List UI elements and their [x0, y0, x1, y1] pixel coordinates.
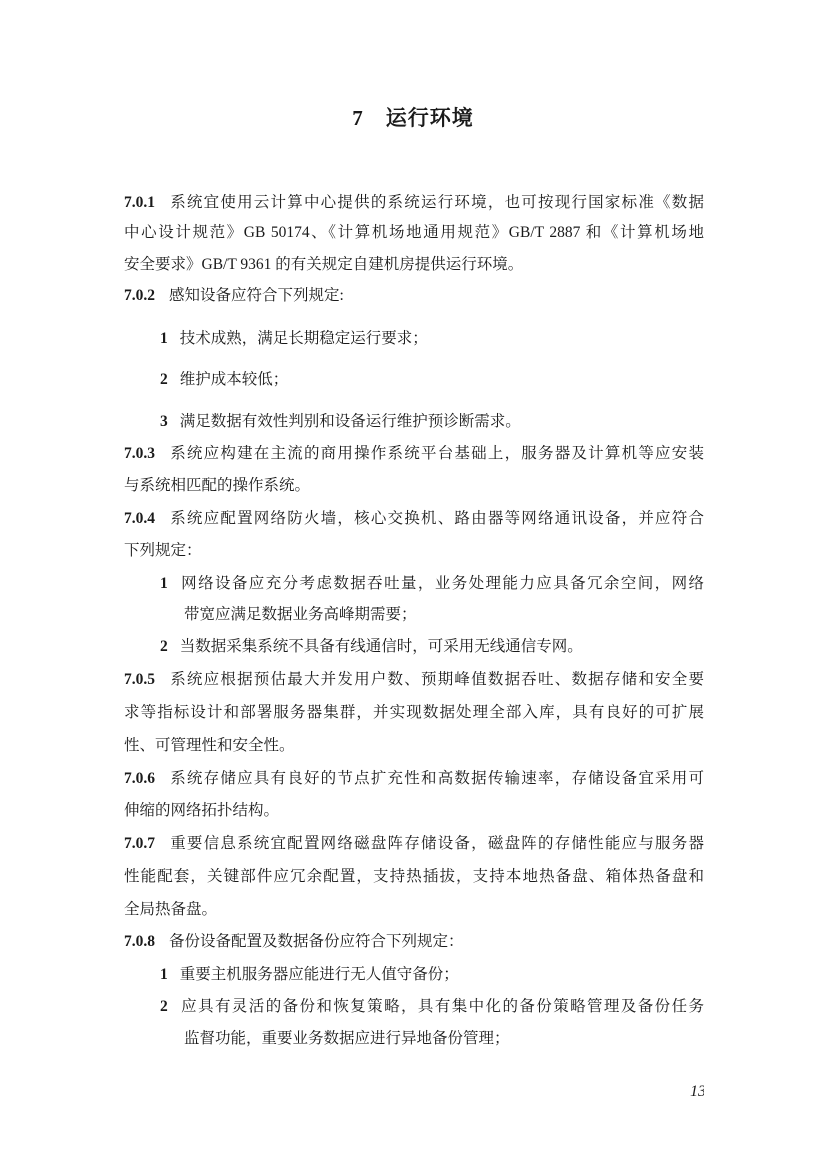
list-item: 2维护成本较低；	[160, 369, 704, 391]
list-item-continuation: 带宽应满足数据业务高峰期需要；	[184, 604, 704, 626]
item-text: 满足数据有效性判别和设备运行维护预诊断需求。	[180, 413, 521, 430]
clause-text-line: 安全要求》GB/T 9361 的有关规定自建机房提供运行环境。	[124, 254, 704, 276]
item-number: 1	[160, 330, 168, 347]
clause-text: 系统应配置网络防火墙，核心交换机、路由器等网络通讯设备，并应符合	[169, 510, 704, 527]
clause-text-line: 性能配套，关键部件应冗余配置，支持热插拔，支持本地热备盘、箱体热备盘和	[124, 866, 704, 888]
clause-number: 7.0.8	[124, 933, 155, 950]
clause-7-0-8: 7.0.8备份设备配置及数据备份应符合下列规定：	[124, 931, 704, 953]
clause-number: 7.0.6	[124, 770, 155, 787]
document-page: 7运行环境 7.0.1系统宜使用云计算中心提供的系统运行环境，也可按现行国家标准…	[0, 0, 826, 1169]
clause-number: 7.0.2	[124, 287, 155, 304]
clause-text-line: 与系统相匹配的操作系统。	[124, 475, 704, 497]
clause-7-0-7: 7.0.7重要信息系统宜配置网络磁盘阵存储设备，磁盘阵的存储性能应与服务器	[124, 833, 704, 855]
clause-7-0-6: 7.0.6系统存储应具有良好的节点扩充性和高数据传输速率，存储设备宜采用可	[124, 768, 704, 790]
list-item: 3满足数据有效性判别和设备运行维护预诊断需求。	[160, 411, 704, 433]
clause-7-0-4: 7.0.4系统应配置网络防火墙，核心交换机、路由器等网络通讯设备，并应符合	[124, 508, 704, 530]
chapter-title-text: 运行环境	[386, 106, 474, 130]
list-item: 1重要主机服务器应能进行无人值守备份；	[160, 964, 704, 986]
list-item: 1技术成熟，满足长期稳定运行要求；	[160, 328, 704, 350]
clause-text: 系统应根据预估最大并发用户数、预期峰值数据吞吐、数据存储和安全要	[169, 671, 704, 688]
clause-number: 7.0.1	[124, 194, 155, 211]
clause-text-line: 求等指标设计和部署服务器集群，并实现数据处理全部入库，具有良好的可扩展	[124, 702, 704, 724]
item-number: 1	[160, 575, 168, 592]
clause-7-0-5: 7.0.5系统应根据预估最大并发用户数、预期峰值数据吞吐、数据存储和安全要	[124, 669, 704, 691]
clause-text-line: 性、可管理性和安全性。	[124, 735, 704, 757]
item-number: 1	[160, 966, 168, 983]
item-number: 2	[160, 998, 168, 1015]
clause-7-0-2: 7.0.2感知设备应符合下列规定:	[124, 285, 704, 307]
list-item-continuation: 监督功能，重要业务数据应进行异地备份管理；	[184, 1028, 704, 1050]
clause-text: 感知设备应符合下列规定:	[169, 287, 344, 304]
list-item: 1网络设备应充分考虑数据吞吐量，业务处理能力应具备冗余空间，网络	[160, 573, 704, 595]
item-number: 3	[160, 413, 168, 430]
clause-text: 重要信息系统宜配置网络磁盘阵存储设备，磁盘阵的存储性能应与服务器	[169, 835, 704, 852]
item-text: 网络设备应充分考虑数据吞吐量，业务处理能力应具备冗余空间，网络	[180, 575, 704, 592]
item-text: 维护成本较低；	[180, 371, 289, 388]
clause-text: 系统宜使用云计算中心提供的系统运行环境，也可按现行国家标准《数据	[169, 194, 704, 211]
clause-text-line: 下列规定：	[124, 540, 704, 562]
list-item: 2应具有灵活的备份和恢复策略，具有集中化的备份策略管理及备份任务	[160, 996, 704, 1018]
item-text: 技术成熟，满足长期稳定运行要求；	[180, 330, 428, 347]
item-number: 2	[160, 638, 168, 655]
clause-7-0-3: 7.0.3系统应构建在主流的商用操作系统平台基础上，服务器及计算机等应安装	[124, 443, 704, 465]
clause-number: 7.0.4	[124, 510, 155, 527]
item-text: 重要主机服务器应能进行无人值守备份；	[180, 966, 459, 983]
clause-number: 7.0.3	[124, 445, 155, 462]
clause-text: 备份设备配置及数据备份应符合下列规定：	[169, 933, 464, 950]
clause-text-line: 中心设计规范》GB 50174、《计算机场地通用规范》GB/T 2887 和《计…	[124, 222, 704, 244]
clause-text: 系统应构建在主流的商用操作系统平台基础上，服务器及计算机等应安装	[169, 445, 704, 462]
item-text: 当数据采集系统不具备有线通信时，可采用无线通信专网。	[180, 638, 583, 655]
clause-7-0-1: 7.0.1系统宜使用云计算中心提供的系统运行环境，也可按现行国家标准《数据	[124, 192, 704, 214]
clause-text-line: 伸缩的网络拓扑结构。	[124, 800, 704, 822]
clause-number: 7.0.5	[124, 671, 155, 688]
clause-number: 7.0.7	[124, 835, 155, 852]
page-number: 13	[690, 1083, 704, 1101]
chapter-heading: 7运行环境	[0, 102, 826, 132]
item-text: 应具有灵活的备份和恢复策略，具有集中化的备份策略管理及备份任务	[180, 998, 704, 1015]
clause-text-line: 全局热备盘。	[124, 899, 704, 921]
list-item: 2当数据采集系统不具备有线通信时，可采用无线通信专网。	[160, 636, 704, 658]
chapter-number: 7	[352, 106, 364, 130]
item-number: 2	[160, 371, 168, 388]
clause-text: 系统存储应具有良好的节点扩充性和高数据传输速率，存储设备宜采用可	[169, 770, 704, 787]
